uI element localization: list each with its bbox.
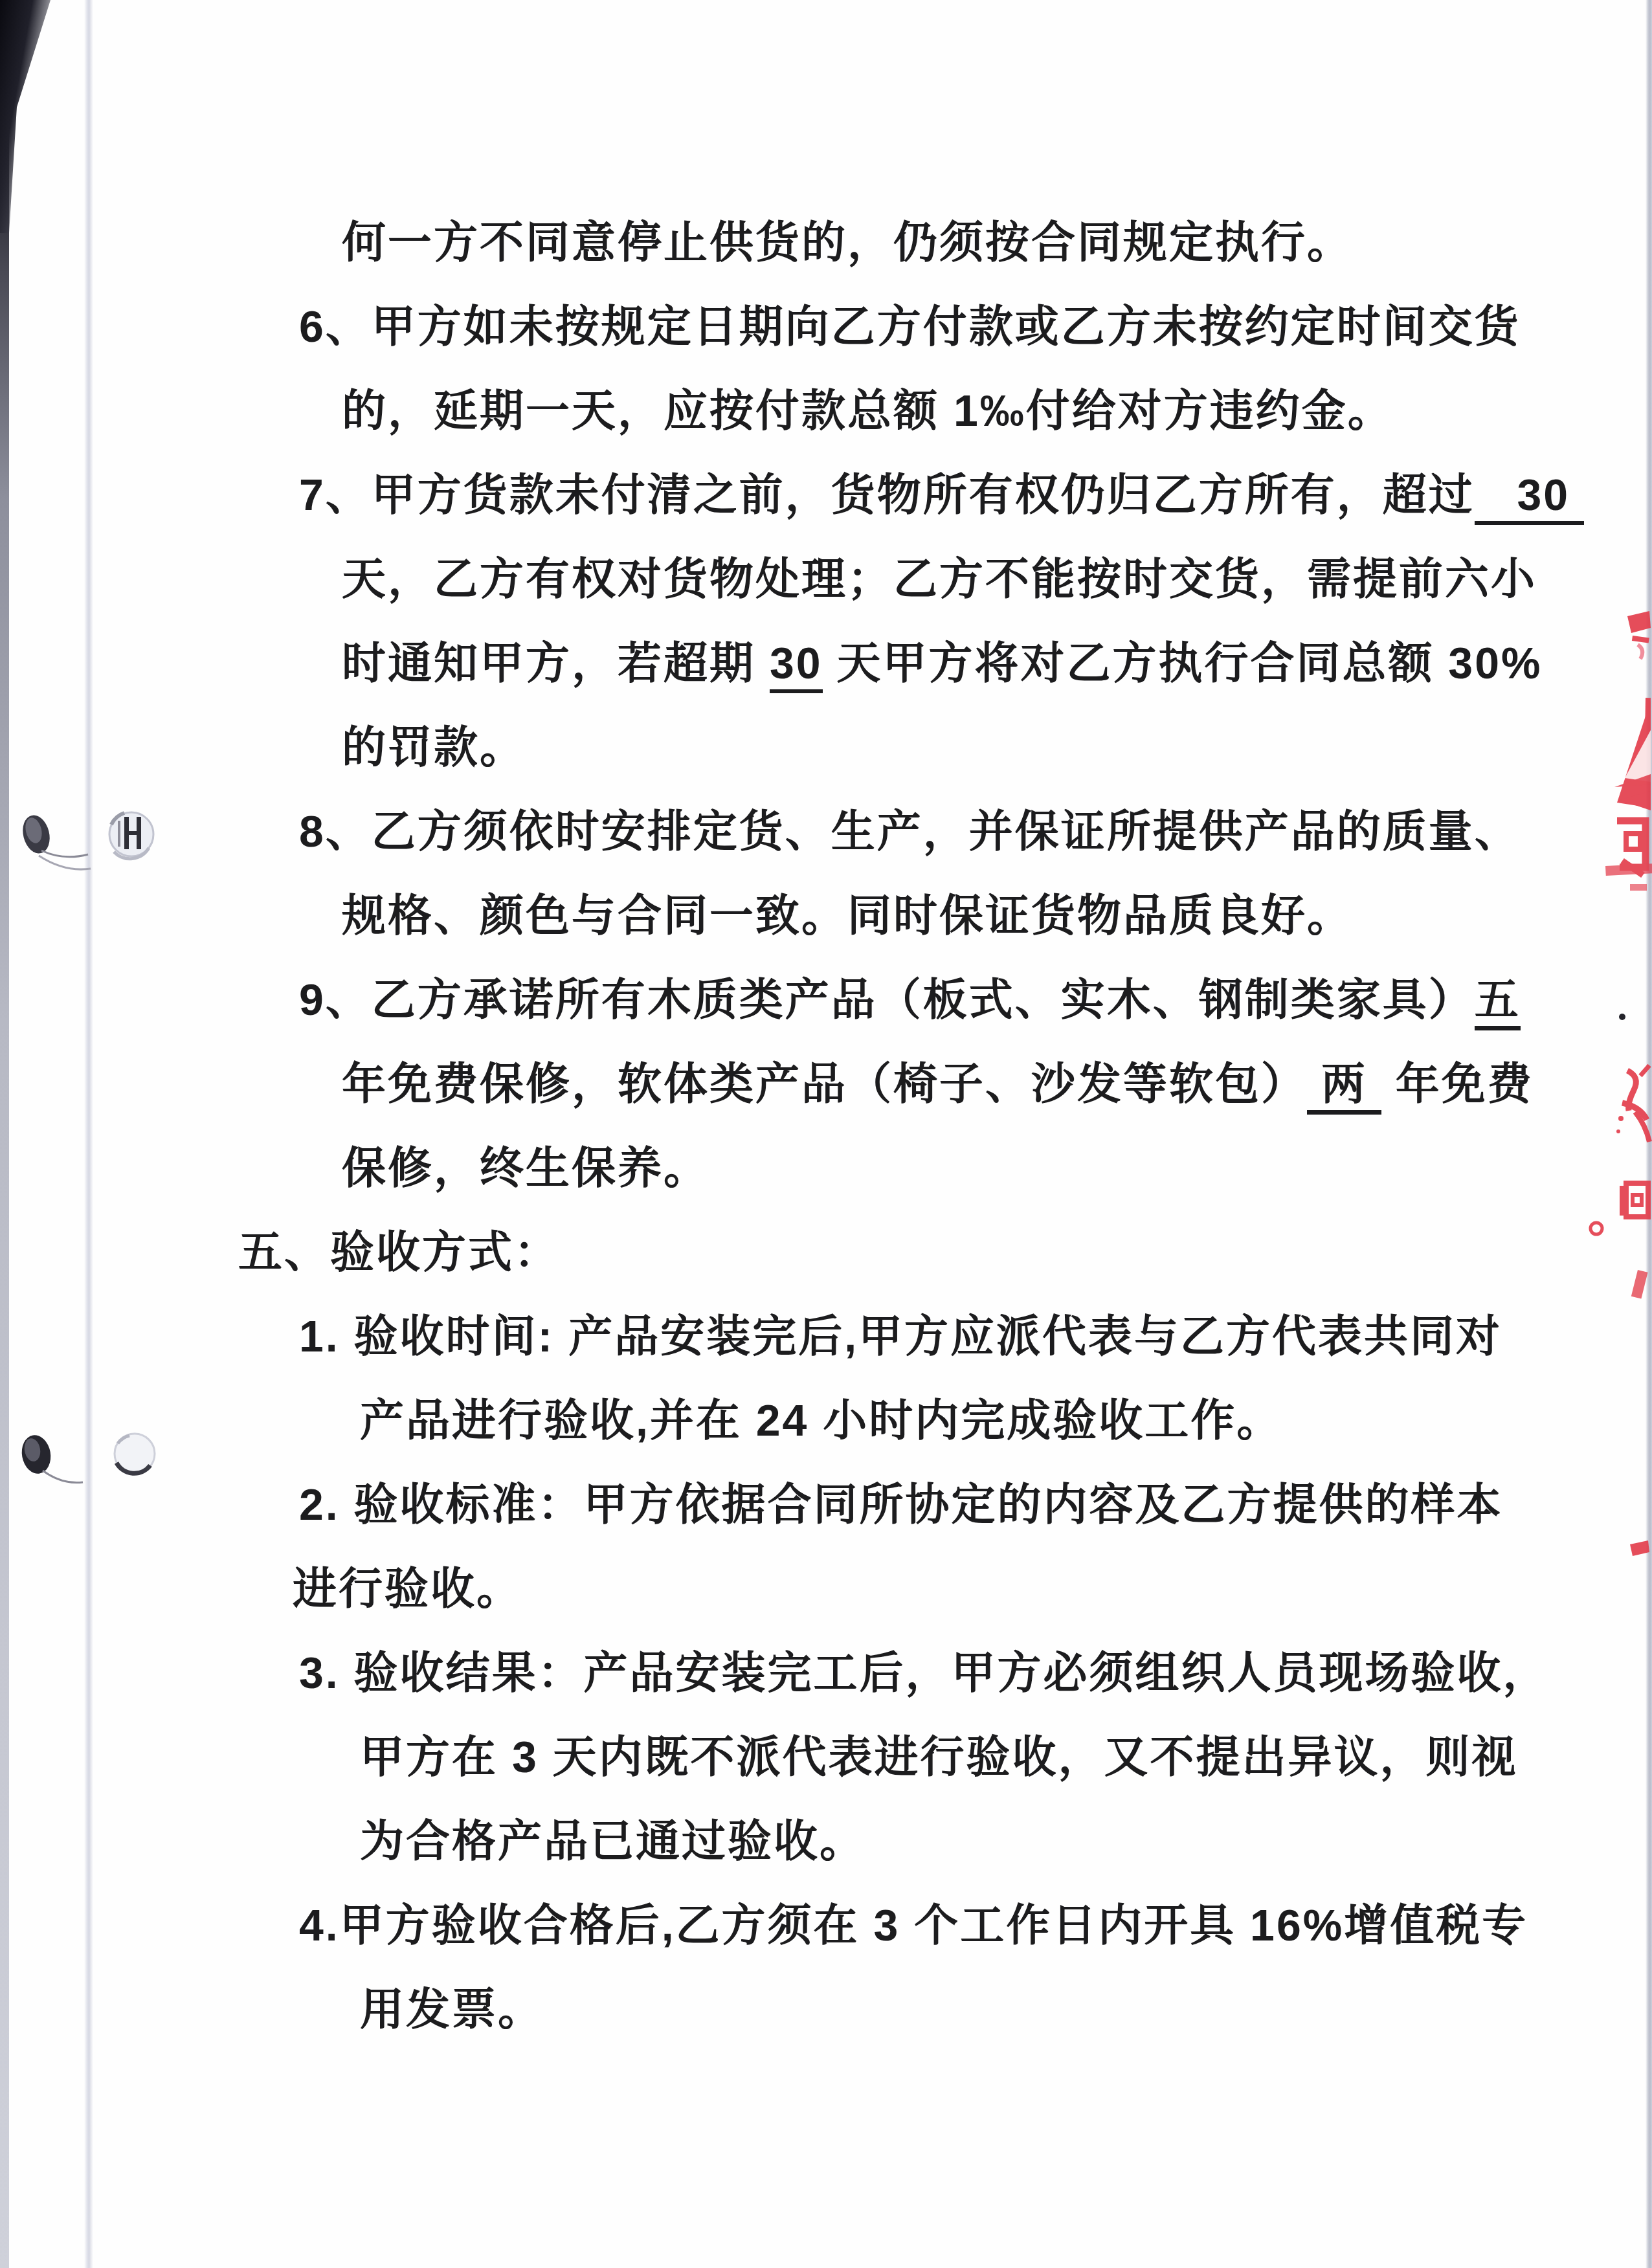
contract-line-16: 2. 验收标准：甲方依据合同所协定的内容及乙方提供的样本 bbox=[299, 1463, 1652, 1547]
contract-line-1: 何一方不同意停止供货的，仍须按合同规定执行。 bbox=[342, 201, 1652, 285]
contract-line-15: 产品进行验收,并在 24 小时内完成验收工作。 bbox=[360, 1379, 1652, 1463]
contract-text-segment: 五、验收方式： bbox=[238, 1228, 560, 1277]
contract-line-7: 的罚款。 bbox=[342, 706, 1652, 790]
contract-line-20: 为合格产品已通过验收。 bbox=[360, 1799, 1652, 1884]
contract-text-segment: 9、乙方承诺所有木质类产品（板式、实木、钢制类家具） bbox=[299, 975, 1475, 1025]
contract-line-13: 五、验收方式： bbox=[238, 1210, 1652, 1295]
contract-text-segment: 何一方不同意停止供货的，仍须按合同规定执行。 bbox=[342, 218, 1353, 267]
contract-text-segment: 规格、颜色与合同一致。同时保证货物品质良好。 bbox=[342, 891, 1353, 940]
contract-text-segment: 4.甲方验收合格后,乙方须在 3 个工作日内开具 16%增值税专 bbox=[299, 1901, 1528, 1950]
contract-text-segment: 年免费 bbox=[1381, 1060, 1534, 1109]
contract-text-segment: 产品进行验收,并在 24 小时内完成验收工作。 bbox=[360, 1396, 1282, 1445]
contract-line-8: 8、乙方须依时安排定货、生产，并保证所提供产品的质量、 bbox=[299, 790, 1652, 874]
contract-text-segment: 为合格产品已通过验收。 bbox=[360, 1817, 865, 1866]
contract-text-segment: 时通知甲方，若超期 bbox=[342, 639, 770, 688]
contract-line-2: 6、甲方如未按规定日期向乙方付款或乙方未按约定时间交货 bbox=[299, 285, 1652, 369]
contract-text-segment: 甲方在 3 天内既不派代表进行验收，又不提出异议，则视 bbox=[360, 1733, 1518, 1782]
contract-text-segment: 进行验收。 bbox=[293, 1564, 522, 1614]
contract-text-segment: 6、甲方如未按规定日期向乙方付款或乙方未按约定时间交货 bbox=[299, 302, 1521, 351]
scanned-contract-page: 何一方不同意停止供货的，仍须按合同规定执行。6、甲方如未按规定日期向乙方付款或乙… bbox=[0, 0, 1652, 2268]
contract-line-10: 9、乙方承诺所有木质类产品（板式、实木、钢制类家具）五 bbox=[299, 958, 1652, 1042]
contract-text-segment: 保修，终生保养。 bbox=[342, 1144, 709, 1193]
contract-text-segment: 验收标准：甲方依据合同所协定的内容及乙方提供的样本 bbox=[340, 1480, 1503, 1529]
contract-text-segment: 2. bbox=[299, 1480, 340, 1529]
contract-text-segment: 1. bbox=[299, 1312, 340, 1361]
contract-line-9: 规格、颜色与合同一致。同时保证货物品质良好。 bbox=[342, 874, 1652, 958]
contract-text-segment: 的，延期一天，应按付款总额 1‰付给对方违约金。 bbox=[342, 386, 1394, 436]
contract-text-segment: 年免费保修，软体类产品（椅子、沙发等软包） bbox=[342, 1060, 1307, 1109]
contract-line-12: 保修，终生保养。 bbox=[342, 1126, 1652, 1210]
contract-text-segment: 7、甲方货款未付清之前，货物所有权仍归乙方所有，超过 bbox=[299, 471, 1475, 520]
contract-text-segment: 3. bbox=[299, 1649, 340, 1698]
contract-text-segment: 五 bbox=[1475, 975, 1521, 1030]
contract-text-segment: 的罚款。 bbox=[342, 723, 526, 772]
scan-corner-top-left-shadow bbox=[0, 0, 52, 233]
contract-text-segment: 30 bbox=[1475, 471, 1584, 525]
contract-line-14: 1. 验收时间: 产品安装完后,甲方应派代表与乙方代表共同对 bbox=[299, 1295, 1652, 1379]
contract-line-19: 甲方在 3 天内既不派代表进行验收，又不提出异议，则视 bbox=[360, 1715, 1652, 1799]
contract-line-4: 7、甲方货款未付清之前，货物所有权仍归乙方所有，超过 30 bbox=[299, 453, 1652, 537]
contract-line-17: 进行验收。 bbox=[293, 1547, 1652, 1631]
contract-line-21: 4.甲方验收合格后,乙方须在 3 个工作日内开具 16%增值税专 bbox=[299, 1884, 1652, 1968]
contract-text-segment: 天甲方将对乙方执行合同总额 30% bbox=[823, 639, 1543, 688]
contract-line-5: 天，乙方有权对货物处理；乙方不能按时交货，需提前六小 bbox=[342, 537, 1652, 621]
contract-line-3: 的，延期一天，应按付款总额 1‰付给对方违约金。 bbox=[342, 369, 1652, 453]
contract-line-6: 时通知甲方，若超期 30 天甲方将对乙方执行合同总额 30% bbox=[342, 621, 1652, 706]
contract-text-segment: 用发票。 bbox=[360, 1985, 544, 2034]
contract-text-segment: 8、乙方须依时安排定货、生产，并保证所提供产品的质量、 bbox=[299, 807, 1521, 856]
contract-text-segment: 验收时间: 产品安装完后,甲方应派代表与乙方代表共同对 bbox=[340, 1312, 1502, 1361]
contract-text-block: 何一方不同意停止供货的，仍须按合同规定执行。6、甲方如未按规定日期向乙方付款或乙… bbox=[0, 201, 1652, 2052]
contract-text-segment: 验收结果：产品安装完工后，甲方必须组织人员现场验收， bbox=[340, 1649, 1549, 1698]
contract-line-22: 用发票。 bbox=[360, 1968, 1652, 2052]
contract-text-segment: 30 bbox=[770, 639, 823, 693]
contract-line-18: 3. 验收结果：产品安装完工后，甲方必须组织人员现场验收， bbox=[299, 1631, 1652, 1715]
contract-text-segment: 两 bbox=[1307, 1060, 1381, 1115]
contract-text-segment: 天，乙方有权对货物处理；乙方不能按时交货，需提前六小 bbox=[342, 555, 1537, 604]
contract-line-11: 年免费保修，软体类产品（椅子、沙发等软包） 两 年免费 bbox=[342, 1042, 1652, 1126]
